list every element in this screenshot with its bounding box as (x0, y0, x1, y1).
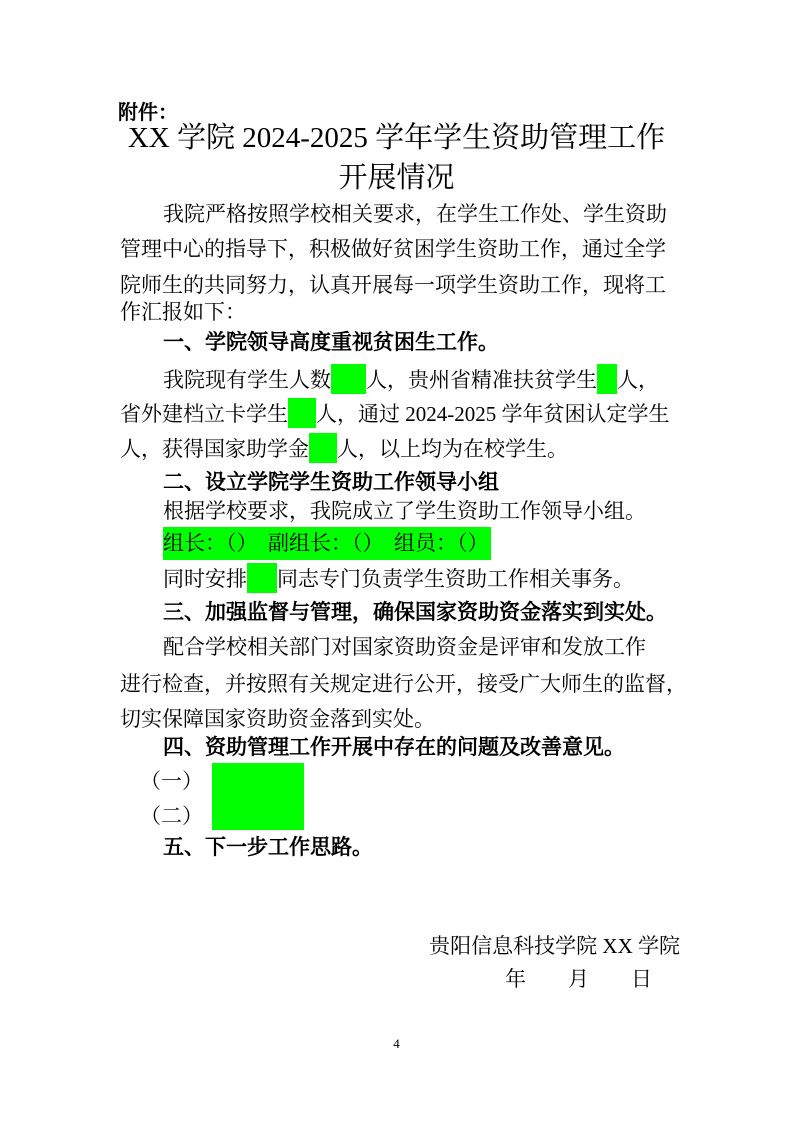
section4-heading: 四、资助管理工作开展中存在的问题及改善意见。 (163, 730, 625, 765)
page-number: 4 (0, 1036, 793, 1052)
section3-heading: 三、加强监督与管理，确保国家资助资金落实到实处。 (163, 595, 667, 630)
section1-line1-text-b: 人，贵州省精准扶贫学生 (366, 368, 597, 392)
section4-item-2: （二） (140, 799, 203, 834)
redacted-staff-name-blank (247, 563, 277, 593)
section5-heading: 五、下一步工作思路。 (163, 830, 373, 865)
section1-line2-text-b: 人，通过 2024-2025 学年贫困认定学生 (316, 402, 670, 426)
section1-heading: 一、学院领导高度重视贫困生工作。 (163, 325, 499, 360)
section2-line-3: 同时安排同志专门负责学生资助工作相关事务。 (163, 562, 634, 597)
section2-line3-text-a: 同时安排 (163, 567, 247, 591)
redacted-count-outside-province-blank (288, 398, 316, 428)
redacted-count-students-blank (331, 364, 366, 394)
section1-line1-text-a: 我院现有学生人数 (163, 368, 331, 392)
section2-leaders-line: 组长：（） 副组长：（） 组员：（） (163, 527, 491, 560)
signature-date-line: 年 月 日 (505, 962, 652, 997)
section1-line-1: 我院现有学生人数人，贵州省精准扶贫学生人， (163, 363, 659, 398)
redacted-count-grant-blank (309, 433, 337, 463)
redacted-count-guizhou-poverty-blank (597, 364, 617, 394)
section1-line-3: 人，获得国家助学金人，以上均为在校学生。 (120, 432, 568, 467)
section3-line-1: 配合学校相关部门对国家资助资金是评审和发放工作 (163, 630, 646, 665)
section2-line3-text-b: 同志专门负责学生资助工作相关事务。 (277, 567, 634, 591)
section1-line3-text-b: 人，以上均为在校学生。 (337, 437, 568, 461)
section1-line-2: 省外建档立卡学生人，通过 2024-2025 学年贫困认定学生 (120, 397, 670, 432)
signature-organization: 贵阳信息科技学院 XX 学院 (429, 929, 680, 964)
redacted-issues-block (212, 763, 304, 830)
document-page: 附件： XX 学院 2024-2025 学年学生资助管理工作 开展情况 我院严格… (0, 0, 793, 1122)
section1-line1-text-c: 人， (617, 368, 659, 392)
doc-title-line2: 开展情况 (0, 158, 793, 198)
leaders-highlight-bar: 组长：（） 副组长：（） 组员：（） (163, 527, 491, 560)
section1-line2-text-a: 省外建档立卡学生 (120, 402, 288, 426)
intro-line-1: 我院严格按照学校相关要求，在学生工作处、学生资助 (163, 197, 667, 232)
intro-line-2: 管理中心的指导下，积极做好贫困学生资助工作，通过全学 (120, 232, 666, 267)
section1-line3-text-a: 人，获得国家助学金 (120, 437, 309, 461)
section4-item-1: （一） (140, 764, 203, 799)
section2-line-1: 根据学校要求，我院成立了学生资助工作领导小组。 (163, 494, 646, 529)
doc-title-line1: XX 学院 2024-2025 学年学生资助管理工作 (0, 118, 793, 158)
section3-line-2: 进行检查，并按照有关规定进行公开，接受广大师生的监督， (120, 667, 687, 702)
